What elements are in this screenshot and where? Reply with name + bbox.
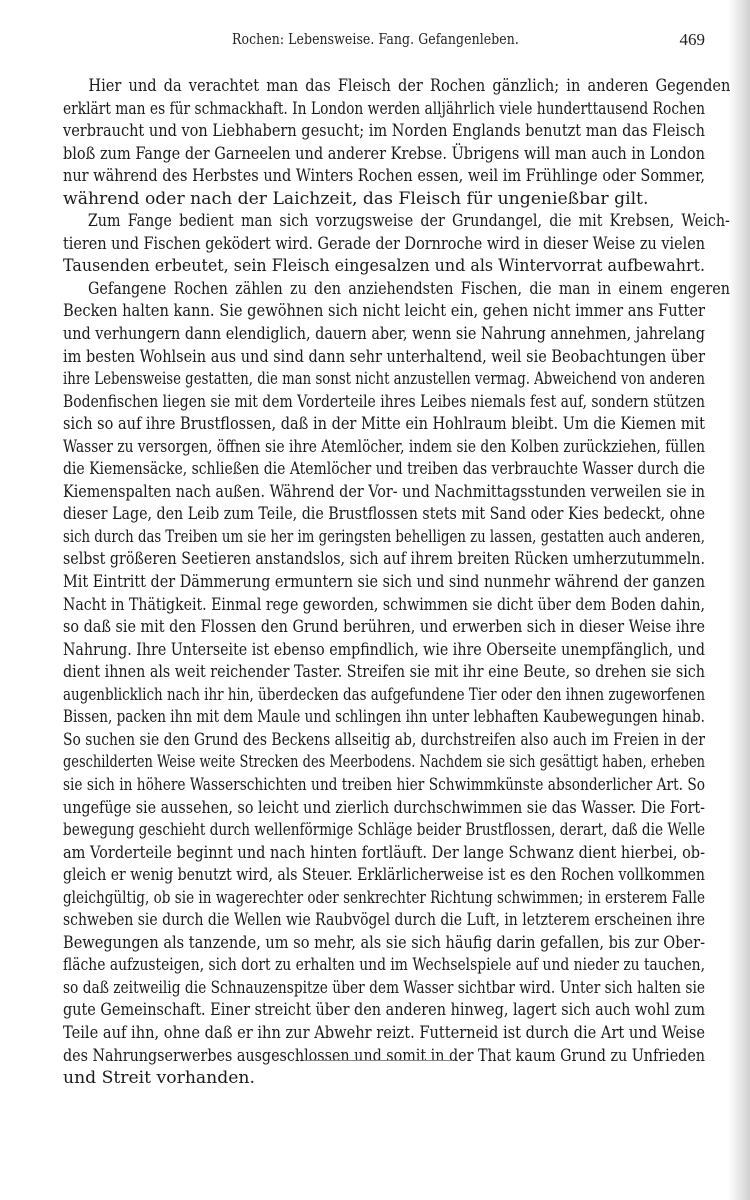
text-line: fläche aufzusteigen, sich dort zu erhalt… [63,954,705,977]
text-line: Nahrung. Ihre Unterseite ist ebenso empf… [63,639,705,662]
text-line: die Kiemensäcke, schließen die Atemlöche… [63,458,705,481]
text-line: Bissen, packen ihn mit dem Maule und sch… [63,706,705,729]
text-line: im besten Wohlsein aus und sind dann seh… [63,346,705,369]
text-line: sich so auf ihre Brustflossen, daß in de… [63,413,705,436]
text-line: Becken halten kann. Sie gewöhnen sich ni… [63,300,705,323]
text-line: bewegung geschieht durch wellenförmige S… [63,819,705,842]
text-line: des Nahrungserwerbes ausgeschlossen und … [63,1045,705,1068]
body-text: Hier und da verachtet man das Fleisch de… [63,75,705,1090]
text-line: und Streit vorhanden. [63,1067,705,1090]
text-line: sie sich in höhere Wasserschichten und t… [63,774,705,797]
text-line: tieren und Fischen geködert wird. Gerade… [63,233,705,256]
text-line: Gefangene Rochen zählen zu den anziehend… [63,278,730,301]
text-line: gleich er wenig benutzt wird, als Steuer… [63,864,705,887]
text-line: und verhungern dann elendiglich, dauern … [63,323,705,346]
text-line: erklärt man es für schmackhaft. In Londo… [63,98,705,121]
text-line: gute Gemeinschaft. Einer streicht über d… [63,999,705,1022]
text-line: nur während des Herbstes und Winters Roc… [63,165,705,188]
paragraph: Zum Fange bedient man sich vorzugsweise … [63,210,705,278]
text-line: Nacht in Thätigkeit. Einmal rege geworde… [63,594,705,617]
text-line: ungefüge sie aussehen, so leicht und zie… [63,797,705,820]
text-line: am Vorderteile beginnt und nach hinten f… [63,842,705,865]
text-line: Zum Fange bedient man sich vorzugsweise … [63,210,730,233]
text-line: gleichgültig, ob sie in wagerechter oder… [63,887,705,910]
text-line: augenblicklich nach ihr hin, überdecken … [63,684,705,707]
running-title: Rochen: Lebensweise. Fang. Gefangenleben… [232,32,519,48]
text-line: sich durch das Treiben um sie her im ger… [63,526,705,549]
text-line: bloß zum Fange der Garneelen und anderer… [63,143,705,166]
paragraph: Gefangene Rochen zählen zu den anziehend… [63,278,705,1090]
text-line: so daß sie mit den Flossen den Grund ber… [63,616,705,639]
paragraph: Hier und da verachtet man das Fleisch de… [63,75,705,210]
text-line: verbraucht und von Liebhabern gesucht; i… [63,120,705,143]
text-line: So suchen sie den Grund des Beckens alls… [63,729,705,752]
running-head: Rochen: Lebensweise. Fang. Gefangenleben… [60,30,705,52]
text-line: geschilderten Weise weite Strecken des M… [63,751,705,774]
text-line: Bodenfischen liegen sie mit dem Vorderte… [63,391,705,414]
page-number: 469 [680,30,706,50]
text-line: Mit Eintritt der Dämmerung ermuntern sie… [63,571,705,594]
text-line: dieser Lage, den Leib zum Teile, die Bru… [63,503,705,526]
text-line: selbst größeren Seetieren anstandslos, s… [63,548,705,571]
page-edge-shadow [728,0,750,1200]
text-line: Wasser zu versorgen, öffnen sie ihre Ate… [63,436,705,459]
text-line: Tausenden erbeutet, sein Fleisch eingesa… [63,255,705,278]
section-end-rule [305,1060,453,1061]
text-line: schweben sie durch die Wellen wie Raubvö… [63,909,705,932]
text-line: ihre Lebensweise gestatten, die man sons… [63,368,705,391]
text-line: während oder nach der Laichzeit, das Fle… [63,188,705,211]
text-line: Kiemenspalten nach außen. Während der Vo… [63,481,705,504]
text-line: Bewegungen als tanzende, um so mehr, als… [63,932,705,955]
text-line: so daß zeitweilig die Schnauzenspitze üb… [63,977,705,1000]
text-line: dient ihnen als weit reichender Taster. … [63,661,705,684]
text-line: Teile auf ihn, ohne daß er ihn zur Abweh… [63,1022,705,1045]
text-line: Hier und da verachtet man das Fleisch de… [63,75,730,98]
